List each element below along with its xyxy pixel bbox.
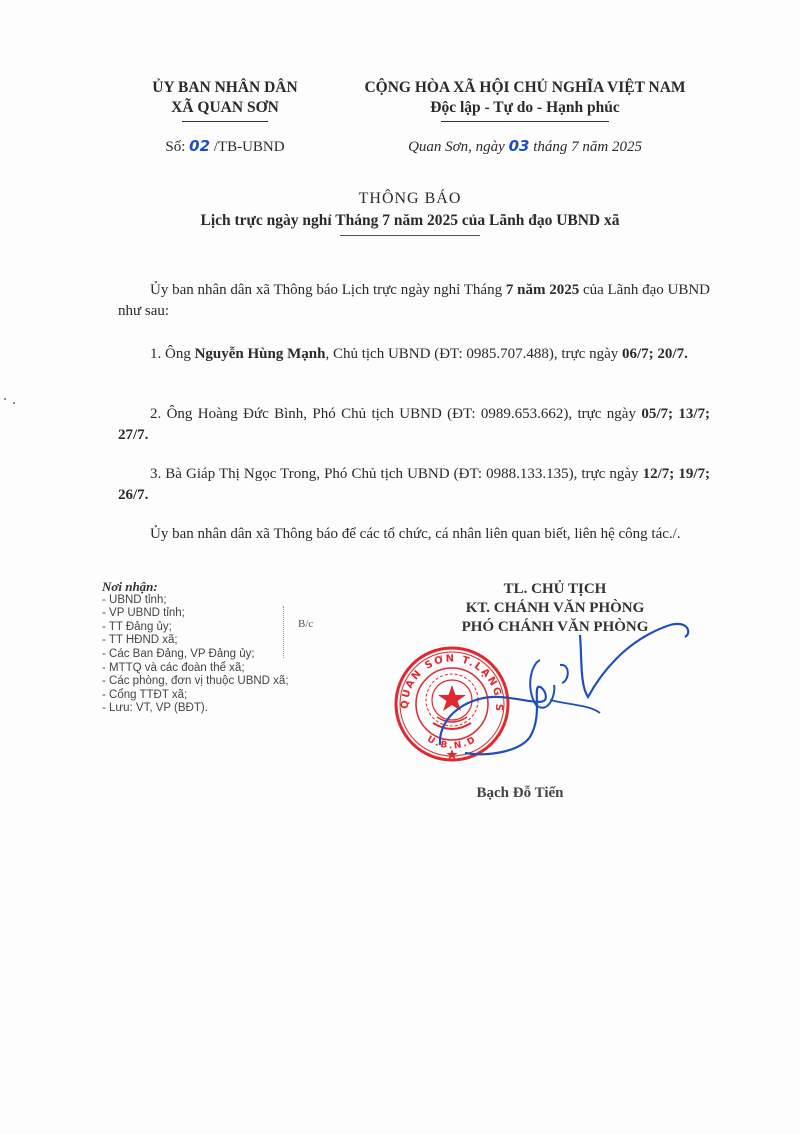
recipient-item: - Lưu: VT, VP (BĐT). xyxy=(102,702,342,716)
handwritten-day: 03 xyxy=(509,137,530,155)
recipients-block: Nơi nhận: - UBND tỉnh; - VP UBND tỉnh; -… xyxy=(102,580,342,716)
date-suffix: tháng 7 năm 2025 xyxy=(533,139,642,155)
item-prefix: 2. Ông xyxy=(150,406,198,422)
number-label: Số: xyxy=(165,139,185,155)
item-name: Giáp Thị Ngọc Trong xyxy=(186,466,316,482)
signer-name: Bạch Đỗ Tiến xyxy=(440,785,600,802)
handwritten-number: 02 xyxy=(189,137,210,155)
recipients-bracket xyxy=(283,606,285,658)
agency-underline xyxy=(182,121,268,122)
national-block: CỘNG HÒA XÃ HỘI CHỦ NGHĨA VIỆT NAM Độc l… xyxy=(330,78,720,122)
closing-text: Ủy ban nhân dân xã Thông báo để các tổ c… xyxy=(150,526,681,542)
report-label: B/c xyxy=(298,618,313,630)
subtitle-underline xyxy=(340,235,480,236)
duty-item-3: 3. Bà Giáp Thị Ngọc Trong, Phó Chủ tịch … xyxy=(118,464,710,506)
recipient-item: - Cổng TTĐT xã; xyxy=(102,689,342,703)
date-prefix: Quan Sơn, ngày xyxy=(408,139,505,155)
document-date: Quan Sơn, ngày 03 tháng 7 năm 2025 xyxy=(330,137,720,156)
recipient-item: - TT HĐND xã; xyxy=(102,634,342,648)
item-role: , Phó Chủ tịch UBND (ĐT: 0989.653.662), … xyxy=(303,406,641,422)
handwritten-signature-icon xyxy=(430,605,700,775)
commune-name: XÃ QUAN SƠN xyxy=(120,98,330,118)
scan-speck xyxy=(4,398,6,400)
item-role: , Phó Chủ tịch UBND (ĐT: 0988.133.135), … xyxy=(316,466,642,482)
recipient-item: - Các phòng, đơn vị thuộc UBND xã; xyxy=(102,675,342,689)
motto-underline xyxy=(441,121,609,122)
agency-name: ỦY BAN NHÂN DÂN xyxy=(120,78,330,98)
signature-line-1: TL. CHỦ TỊCH xyxy=(400,580,710,599)
intro-paragraph: Ủy ban nhân dân xã Thông báo Lịch trực n… xyxy=(118,280,710,322)
item-prefix: 3. Bà xyxy=(150,466,186,482)
item-dates: 06/7; 20/7. xyxy=(622,346,688,362)
intro-text: Ủy ban nhân dân xã Thông báo Lịch trực n… xyxy=(150,282,506,298)
item-prefix: 1. Ông xyxy=(150,346,195,362)
motto: Độc lập - Tự do - Hạnh phúc xyxy=(330,98,720,118)
recipient-item: - UBND tỉnh; xyxy=(102,594,342,608)
item-name: Hoàng Đức Bình xyxy=(198,406,304,422)
document-number: Số: 02 /TB-UBND xyxy=(120,137,330,156)
document-title: THÔNG BÁO xyxy=(100,190,720,208)
number-suffix: /TB-UBND xyxy=(214,139,285,155)
national-title: CỘNG HÒA XÃ HỘI CHỦ NGHĨA VIỆT NAM xyxy=(330,78,720,98)
item-name: Nguyễn Hùng Mạnh xyxy=(195,346,326,362)
document-subtitle: Lịch trực ngày nghỉ Tháng 7 năm 2025 của… xyxy=(100,212,720,230)
closing-paragraph: Ủy ban nhân dân xã Thông báo để các tổ c… xyxy=(118,524,710,545)
agency-block: ỦY BAN NHÂN DÂN XÃ QUAN SƠN xyxy=(120,78,330,122)
scan-speck xyxy=(13,402,15,404)
item-role: , Chủ tịch UBND (ĐT: 0985.707.488), trực… xyxy=(325,346,622,362)
duty-item-2: 2. Ông Hoàng Đức Bình, Phó Chủ tịch UBND… xyxy=(118,404,710,446)
intro-month: 7 năm 2025 xyxy=(506,282,579,298)
recipients-heading: Nơi nhận: xyxy=(102,580,342,594)
recipient-item: - MTTQ và các đoàn thể xã; xyxy=(102,662,342,676)
recipient-item: - Các Ban Đảng, VP Đảng ủy; xyxy=(102,648,342,662)
duty-item-1: 1. Ông Nguyễn Hùng Mạnh, Chủ tịch UBND (… xyxy=(118,344,710,365)
